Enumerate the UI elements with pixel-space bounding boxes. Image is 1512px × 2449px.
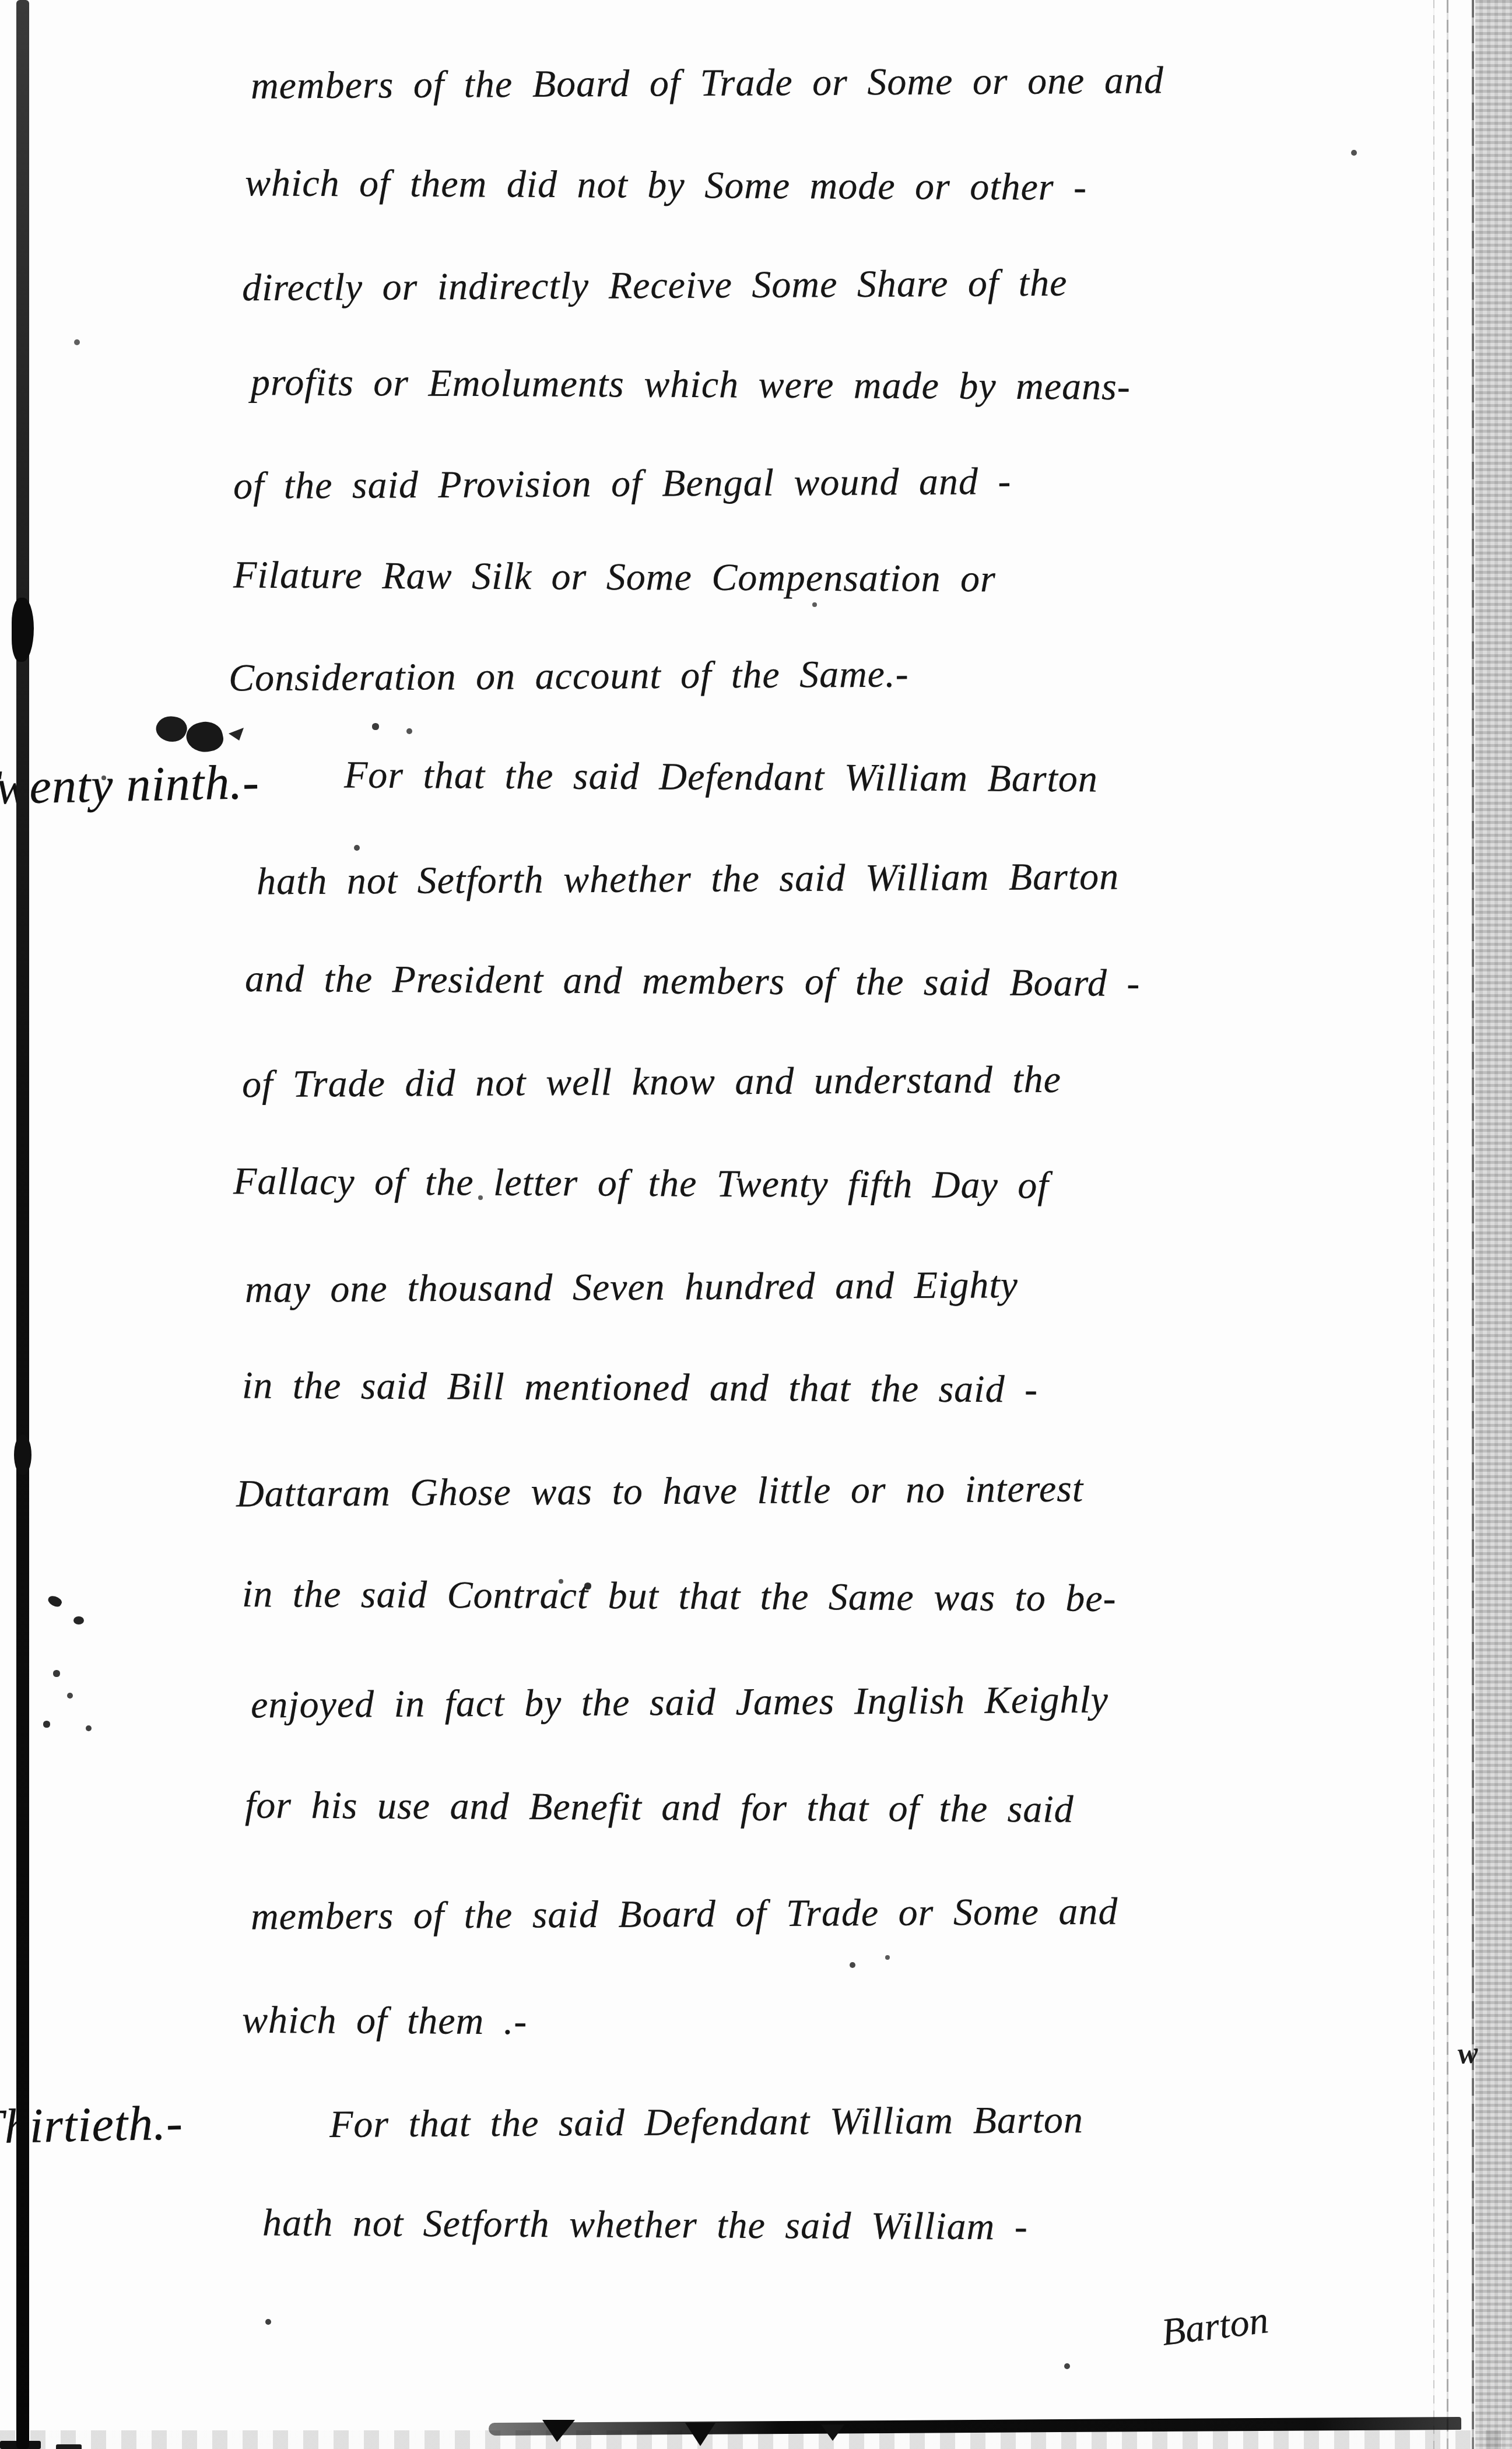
- ink-blot: [73, 1616, 84, 1625]
- right-scan-edge-strip: [1475, 0, 1512, 2449]
- manuscript-line: in the said Bill mentioned and that the …: [242, 1363, 1038, 1412]
- manuscript-line: Filature Raw Silk or Some Compensation o…: [233, 553, 996, 602]
- manuscript-line: may one thousand Seven hundred and Eight…: [245, 1263, 1018, 1312]
- bottom-scan-blot: [56, 2444, 82, 2449]
- manuscript-line: of Trade did not well know and understan…: [242, 1058, 1061, 1107]
- stray-ink-mark: w: [1457, 2036, 1479, 2071]
- manuscript-line: in the said Contract but that the Same w…: [242, 1572, 1117, 1621]
- manuscript-line: Dattaram Ghose was to have little or no …: [236, 1467, 1084, 1517]
- ink-blot: [229, 728, 244, 741]
- manuscript-line: which of them .-: [242, 1998, 528, 2044]
- right-page-crease-line: [1433, 0, 1434, 2449]
- manuscript-line: hath not Setforth whether the said Willi…: [257, 854, 1120, 904]
- manuscript-line: For that the said Defendant William Bart…: [329, 2098, 1083, 2147]
- ink-blot: [184, 718, 225, 756]
- left-binding-edge: [16, 0, 29, 2449]
- section-label-twenty-ninth: Twenty ninth.-: [0, 754, 260, 816]
- manuscript-line: members of the said Board of Trade or So…: [251, 1889, 1118, 1939]
- manuscript-line: which of them did not by Some mode or ot…: [245, 161, 1087, 210]
- binding-edge-blot: [12, 598, 34, 662]
- manuscript-line: of the said Provision of Bengal wound an…: [233, 459, 1012, 508]
- manuscript-line: directly or indirectly Receive Some Shar…: [242, 261, 1068, 311]
- binding-edge-blot: [14, 1434, 31, 1475]
- ink-blot: [153, 712, 190, 746]
- manuscript-line: members of the Board of Trade or Some or…: [251, 58, 1164, 108]
- manuscript-line: for his use and Benefit and for that of …: [245, 1783, 1074, 1832]
- manuscript-line: Consideration on account of the Same.-: [229, 652, 909, 700]
- catchword: Barton: [1159, 2298, 1271, 2355]
- manuscript-line: enjoyed in fact by the said James Inglis…: [251, 1678, 1108, 1728]
- manuscript-line: profits or Emoluments which were made by…: [251, 360, 1131, 409]
- ink-blot: [47, 1594, 64, 1609]
- right-page-edge-line: [1472, 0, 1474, 2449]
- manuscript-line: Fallacy of the letter of the Twenty fift…: [233, 1159, 1049, 1208]
- manuscript-scan-page: members of the Board of Trade or Some or…: [0, 0, 1512, 2449]
- manuscript-line: For that the said Defendant William Bart…: [344, 753, 1098, 802]
- paper-specks: [0, 0, 2, 2]
- manuscript-line: and the President and members of the sai…: [245, 957, 1141, 1006]
- right-page-crease-line: [1447, 0, 1448, 2449]
- manuscript-line: hath not Setforth whether the said Willi…: [262, 2201, 1028, 2250]
